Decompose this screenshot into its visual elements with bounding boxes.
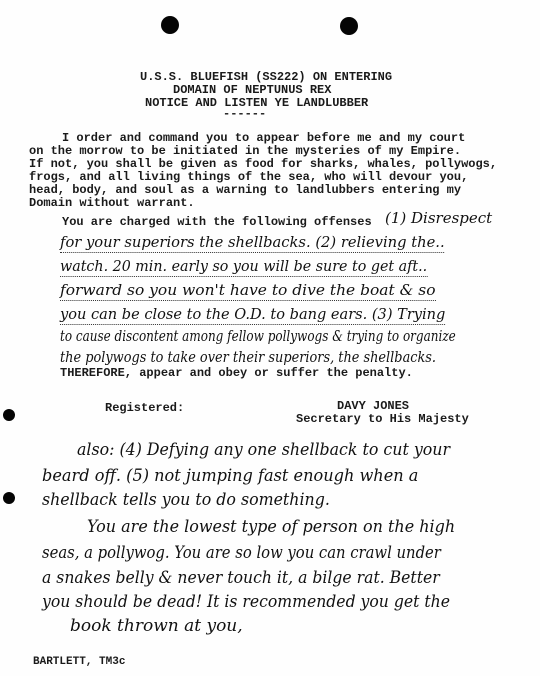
punch-hole-top-right [340,17,358,35]
registered-label: Registered: [105,402,184,415]
punch-hole-side-lower [3,492,15,504]
addendum-line-7: you should be dead! It is recommended yo… [42,592,450,612]
charge-handwritten-inline: (1) Disrespect [385,208,492,228]
addendum-line-2: beard off. (5) not jumping fast enough w… [42,466,418,486]
charge-handwritten-line-5: to cause discontent among fellow pollywo… [60,326,456,346]
charge-handwritten-line-1: for your superiors the shellbacks. (2) r… [60,232,445,253]
document-page: U.S.S. BLUEFISH (SS222) ON ENTERING DOMA… [0,0,540,676]
addendum-line-6: a snakes belly & never touch it, a bilge… [42,568,440,588]
charges-intro: You are charged with the following offen… [62,216,372,229]
charge-handwritten-line-6: the polywogs to take over their superior… [60,347,436,367]
punch-hole-top-left [161,16,179,34]
body-line-6: Domain without warrant. [29,197,195,210]
heading-rule: ------ [223,108,266,121]
therefore-line: THEREFORE, appear and obey or suffer the… [60,367,413,380]
charge-handwritten-line-2: watch. 20 min. early so you will be sure… [60,256,427,277]
signer-title: Secretary to His Majesty [296,413,469,426]
addendum-line-5: seas, a pollywog. You are so low you can… [42,543,441,563]
charge-handwritten-line-4: you can be close to the O.D. to bang ear… [60,304,445,325]
charge-handwritten-line-3: forward so you won't have to dive the bo… [60,280,436,301]
addendum-line-3: shellback tells you to do something. [42,490,330,510]
punch-hole-side-upper [3,409,15,421]
addendum-line-1: also: (4) Defying any one shellback to c… [77,440,450,460]
addendum-line-8: book thrown at you, [70,616,243,636]
addendum-line-4: You are the lowest type of person on the… [87,517,455,537]
initiate-name: BARTLETT, TM3c [33,656,125,669]
